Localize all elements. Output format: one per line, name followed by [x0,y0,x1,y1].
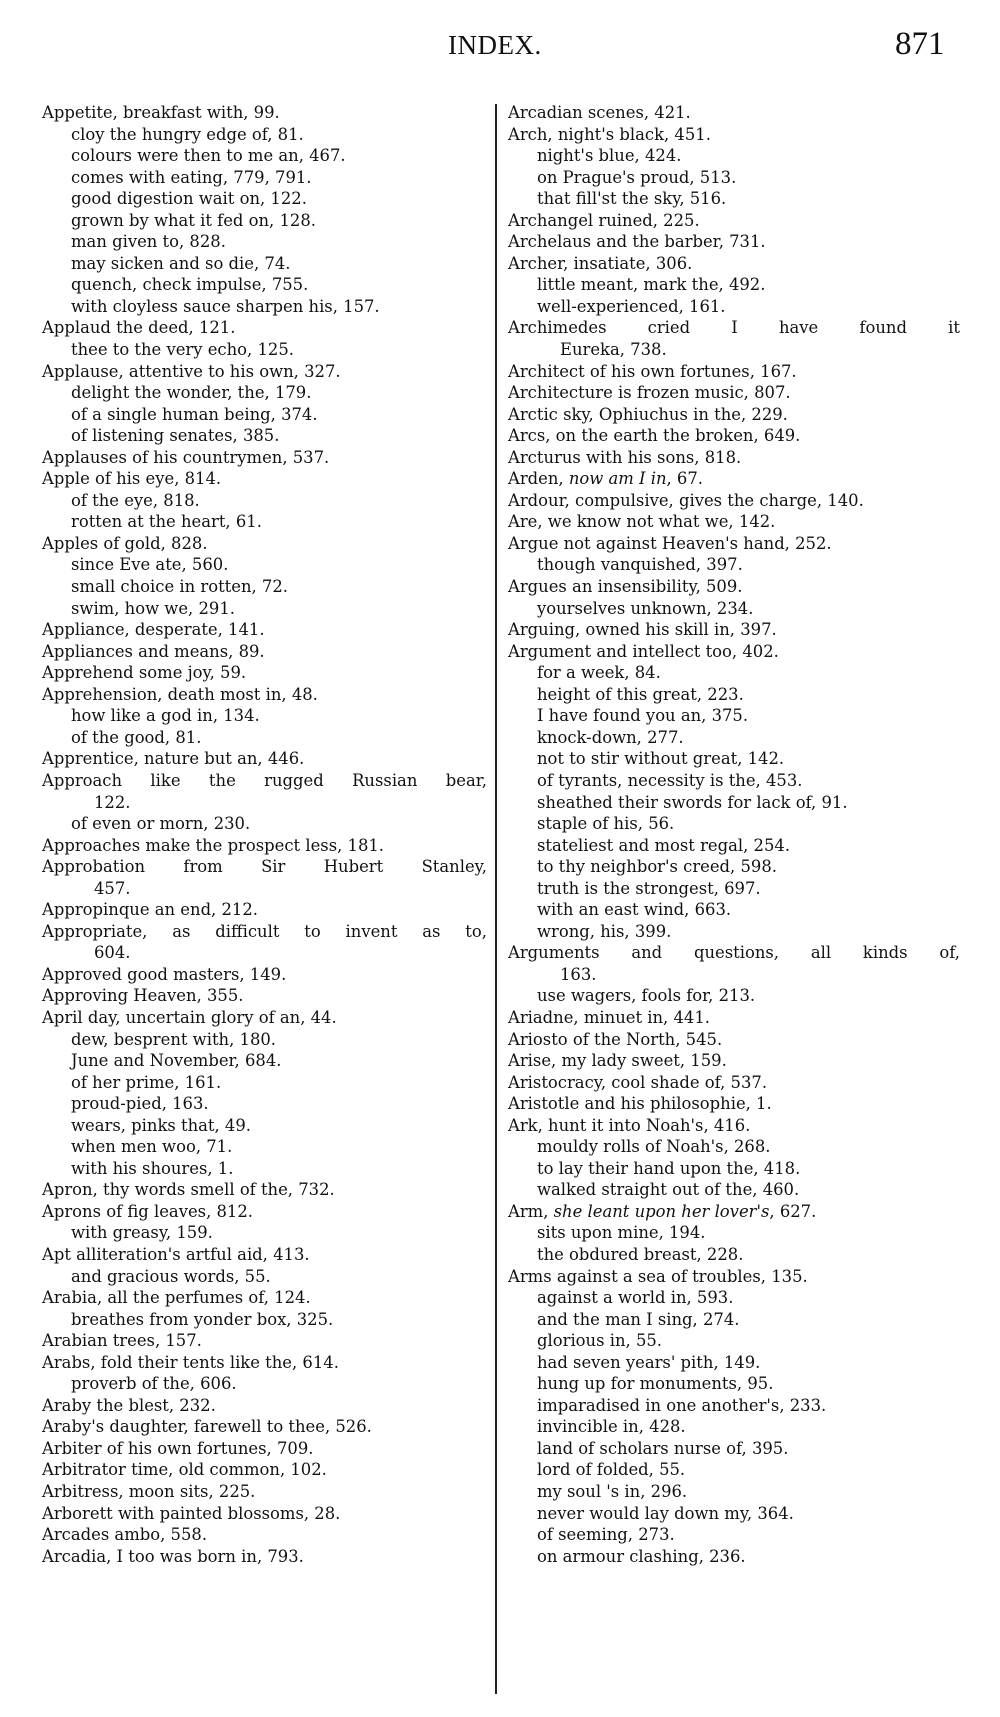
index-entry: Ark, hunt it into Noah's, 416. [508,1115,960,1137]
page-header: INDEX. 871 [0,26,1000,66]
index-subentry: never would lay down my, 364. [508,1503,960,1525]
index-subentry: colours were then to me an, 467. [42,145,487,167]
index-entry: Arbiter of his own fortunes, 709. [42,1438,487,1460]
index-subentry: thee to the very echo, 125. [42,339,487,361]
index-subentry: staple of his, 56. [508,813,960,835]
index-entry-continuation: Eureka, 738. [508,339,960,361]
index-column-left: Appetite, breakfast with, 99.cloy the hu… [42,102,487,1567]
index-entry: Ariosto of the North, 545. [508,1029,960,1051]
index-entry: ApproachliketheruggedRussianbear, [42,770,487,792]
index-entry: Architect of his own fortunes, 167. [508,361,960,383]
index-entry: Apron, thy words smell of the, 732. [42,1179,487,1201]
index-subentry: for a week, 84. [508,662,960,684]
index-subentry: to lay their hand upon the, 418. [508,1158,960,1180]
index-subentry: with cloyless sauce sharpen his, 157. [42,296,487,318]
index-entry: Arbitress, moon sits, 225. [42,1481,487,1503]
index-subentry: since Eve ate, 560. [42,554,487,576]
index-subentry: had seven years' pith, 149. [508,1352,960,1374]
index-entry: Arcturus with his sons, 818. [508,447,960,469]
index-entry: Approving Heaven, 355. [42,985,487,1007]
index-subentry: yourselves unknown, 234. [508,598,960,620]
index-entry: Arabia, all the perfumes of, 124. [42,1287,487,1309]
index-entry: ApprobationfromSirHubertStanley, [42,856,487,878]
index-entry: Araby's daughter, farewell to thee, 526. [42,1416,487,1438]
index-subentry: use wagers, fools for, 213. [508,985,960,1007]
index-subentry: of the good, 81. [42,727,487,749]
index-subentry: proud-pied, 163. [42,1093,487,1115]
index-subentry: proverb of the, 606. [42,1373,487,1395]
index-entry: Arcades ambo, 558. [42,1524,487,1546]
index-subentry: mouldy rolls of Noah's, 268. [508,1136,960,1158]
justified-line: Appropriate,asdifficulttoinventasto, [42,921,487,943]
index-subentry: quench, check impulse, 755. [42,274,487,296]
index-subentry: grown by what it fed on, 128. [42,210,487,232]
index-subentry: small choice in rotten, 72. [42,576,487,598]
justified-line: ApprobationfromSirHubertStanley, [42,856,487,878]
index-entry: Apprentice, nature but an, 446. [42,748,487,770]
justified-line: Argumentsandquestions,allkindsof, [508,942,960,964]
index-subentry: June and November, 684. [42,1050,487,1072]
index-subentry: hung up for monuments, 95. [508,1373,960,1395]
index-entry: Apprehend some joy, 59. [42,662,487,684]
index-subentry: that fill'st the sky, 516. [508,188,960,210]
index-subentry: the obdured breast, 228. [508,1244,960,1266]
index-subentry: of the eye, 818. [42,490,487,512]
index-entry: Aprons of fig leaves, 812. [42,1201,487,1223]
index-subentry: not to stir without great, 142. [508,748,960,770]
index-entry: Argue not against Heaven's hand, 252. [508,533,960,555]
justified-line: ArchimedescriedIhavefoundit [508,317,960,339]
index-entry: Appetite, breakfast with, 99. [42,102,487,124]
index-entry: Arcadia, I too was born in, 793. [42,1546,487,1568]
index-entry: Argues an insensibility, 509. [508,576,960,598]
index-subentry: lord of folded, 55. [508,1459,960,1481]
index-entry: Archelaus and the barber, 731. [508,231,960,253]
index-subentry: delight the wonder, the, 179. [42,382,487,404]
index-subentry: sits upon mine, 194. [508,1222,960,1244]
index-subentry: wrong, his, 399. [508,921,960,943]
index-subentry: height of this great, 223. [508,684,960,706]
index-entry: Ariadne, minuet in, 441. [508,1007,960,1029]
index-entry: Arabs, fold their tents like the, 614. [42,1352,487,1374]
index-entry: Approaches make the prospect less, 181. [42,835,487,857]
index-entry: Araby the blest, 232. [42,1395,487,1417]
index-entry: Approved good masters, 149. [42,964,487,986]
index-subentry: truth is the strongest, 697. [508,878,960,900]
index-entry: Applauses of his countrymen, 537. [42,447,487,469]
index-subentry: imparadised in one another's, 233. [508,1395,960,1417]
index-entry: Arbitrator time, old common, 102. [42,1459,487,1481]
index-subentry: little meant, mark the, 492. [508,274,960,296]
index-entry: Arms against a sea of troubles, 135. [508,1266,960,1288]
index-subentry: land of scholars nurse of, 395. [508,1438,960,1460]
index-entry-continuation: 457. [42,878,487,900]
index-entry: Arguing, owned his skill in, 397. [508,619,960,641]
index-entry: Appliance, desperate, 141. [42,619,487,641]
index-subentry: glorious in, 55. [508,1330,960,1352]
index-entry: Arden, now am I in, 67. [508,468,960,490]
index-entry: Apple of his eye, 814. [42,468,487,490]
justified-line: ApproachliketheruggedRussianbear, [42,770,487,792]
running-head-title: INDEX. [448,30,542,61]
index-entry: April day, uncertain glory of an, 44. [42,1007,487,1029]
index-entry: Appliances and means, 89. [42,641,487,663]
index-entry: ArchimedescriedIhavefoundit [508,317,960,339]
index-subentry: night's blue, 424. [508,145,960,167]
index-subentry: on Prague's proud, 513. [508,167,960,189]
index-subentry: and gracious words, 55. [42,1266,487,1288]
index-subentry: of her prime, 161. [42,1072,487,1094]
index-entry-continuation: 122. [42,792,487,814]
index-subentry: of seeming, 273. [508,1524,960,1546]
index-entry-continuation: 604. [42,942,487,964]
index-subentry: invincible in, 428. [508,1416,960,1438]
index-entry: Arctic sky, Ophiuchus in the, 229. [508,404,960,426]
index-entry: Architecture is frozen music, 807. [508,382,960,404]
index-subentry: wears, pinks that, 49. [42,1115,487,1137]
index-entry: Arise, my lady sweet, 159. [508,1050,960,1072]
index-subentry: and the man I sing, 274. [508,1309,960,1331]
index-subentry: well-experienced, 161. [508,296,960,318]
index-subentry: stateliest and most regal, 254. [508,835,960,857]
index-subentry: dew, besprent with, 180. [42,1029,487,1051]
index-subentry: of even or morn, 230. [42,813,487,835]
index-entry: Appropinque an end, 212. [42,899,487,921]
index-entry: Arm, she leant upon her lover's, 627. [508,1201,960,1223]
column-divider [495,104,497,1694]
index-subentry: though vanquished, 397. [508,554,960,576]
index-subentry: swim, how we, 291. [42,598,487,620]
index-subentry: with his shoures, 1. [42,1158,487,1180]
index-subentry: against a world in, 593. [508,1287,960,1309]
index-column-right: Arcadian scenes, 421.Arch, night's black… [508,102,960,1567]
index-entry: Arborett with painted blossoms, 28. [42,1503,487,1525]
index-entry: Ardour, compulsive, gives the charge, 14… [508,490,960,512]
index-subentry: rotten at the heart, 61. [42,511,487,533]
index-subentry: when men woo, 71. [42,1136,487,1158]
index-subentry: with greasy, 159. [42,1222,487,1244]
index-subentry: on armour clashing, 236. [508,1546,960,1568]
index-subentry: with an east wind, 663. [508,899,960,921]
index-subentry: cloy the hungry edge of, 81. [42,124,487,146]
index-subentry: how like a god in, 134. [42,705,487,727]
index-subentry: breathes from yonder box, 325. [42,1309,487,1331]
index-subentry: good digestion wait on, 122. [42,188,487,210]
index-entry: Archangel ruined, 225. [508,210,960,232]
index-entry: Arcadian scenes, 421. [508,102,960,124]
page-number: 871 [895,26,945,63]
index-subentry: to thy neighbor's creed, 598. [508,856,960,878]
index-entry: Are, we know not what we, 142. [508,511,960,533]
index-entry: Argument and intellect too, 402. [508,641,960,663]
index-subentry: of tyrants, necessity is the, 453. [508,770,960,792]
index-entry: Appropriate,asdifficulttoinventasto, [42,921,487,943]
index-subentry: walked straight out of the, 460. [508,1179,960,1201]
index-subentry: of a single human being, 374. [42,404,487,426]
index-entry: Apt alliteration's artful aid, 413. [42,1244,487,1266]
index-subentry: man given to, 828. [42,231,487,253]
index-entry-continuation: 163. [508,964,960,986]
index-subentry: my soul 's in, 296. [508,1481,960,1503]
index-entry: Applaud the deed, 121. [42,317,487,339]
index-subentry: sheathed their swords for lack of, 91. [508,792,960,814]
index-entry: Aristocracy, cool shade of, 537. [508,1072,960,1094]
index-entry: Applause, attentive to his own, 327. [42,361,487,383]
index-entry: Arcs, on the earth the broken, 649. [508,425,960,447]
index-entry: Arch, night's black, 451. [508,124,960,146]
index-entry: Argumentsandquestions,allkindsof, [508,942,960,964]
index-subentry: may sicken and so die, 74. [42,253,487,275]
index-entry: Apples of gold, 828. [42,533,487,555]
index-entry: Aristotle and his philosophie, 1. [508,1093,960,1115]
index-subentry: comes with eating, 779, 791. [42,167,487,189]
index-entry: Apprehension, death most in, 48. [42,684,487,706]
index-entry: Archer, insatiate, 306. [508,253,960,275]
index-subentry: of listening senates, 385. [42,425,487,447]
index-subentry: knock-down, 277. [508,727,960,749]
index-entry: Arabian trees, 157. [42,1330,487,1352]
index-subentry: I have found you an, 375. [508,705,960,727]
